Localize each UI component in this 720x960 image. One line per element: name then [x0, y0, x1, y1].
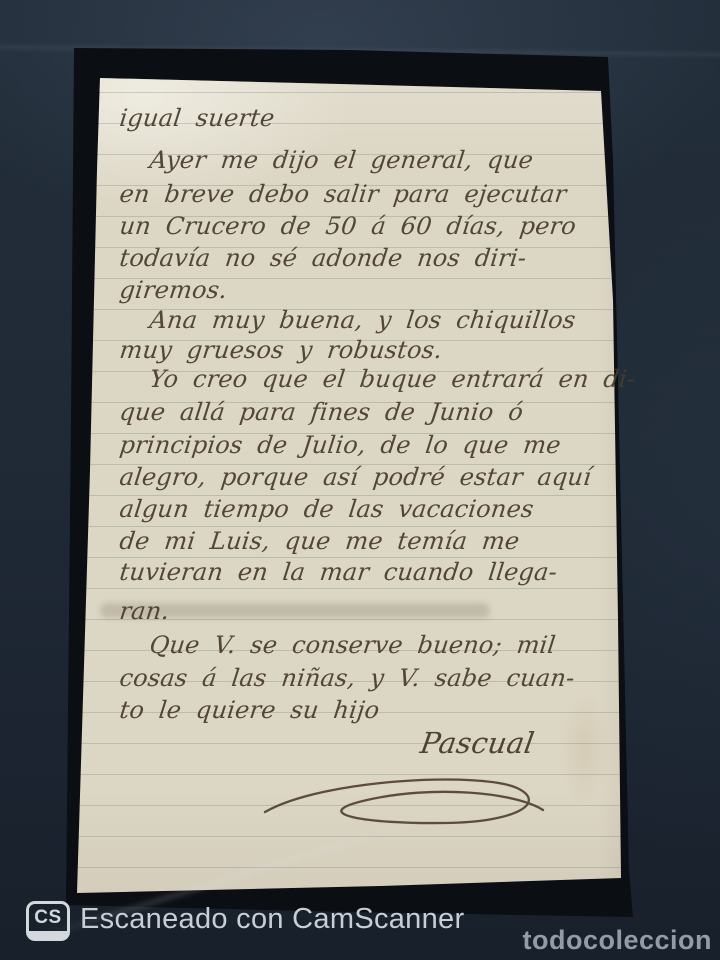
handwritten-line: de mi Luis, que me temía me	[118, 527, 521, 555]
todocoleccion-logo: todocoleccion	[522, 925, 712, 956]
handwritten-line: igual suerte	[118, 104, 276, 132]
handwritten-line: to le quiere su hijo	[118, 696, 381, 724]
camscanner-watermark: Escaneado con CamScanner	[80, 903, 464, 936]
signature-flourish	[255, 768, 555, 840]
handwritten-line: giremos.	[118, 276, 229, 304]
handwritten-line: un Crucero de 50 á 60 días, pero	[118, 212, 578, 240]
handwritten-line: principios de Julio, de lo que me	[118, 431, 562, 459]
camscanner-icon-letters: CS	[34, 907, 61, 929]
handwritten-line: en breve debo salir para ejecutar	[118, 180, 568, 208]
handwritten-line: cosas á las niñas, y V. sabe cuan-	[118, 664, 576, 692]
signature: Pascual	[418, 726, 537, 760]
paper-stain	[560, 690, 610, 810]
handwritten-line: Ana muy buena, y los chiquillos	[148, 306, 577, 334]
handwritten-line: Yo creo que el buque entrará en di-	[148, 365, 637, 393]
handwritten-line: Que V. se conserve bueno; mil	[148, 631, 557, 659]
handwritten-line: Ayer me dijo el general, que	[148, 146, 535, 174]
handwritten-line: algun tiempo de las vacaciones	[118, 495, 535, 523]
handwritten-line: que allá para fines de Junio ó	[118, 398, 525, 426]
camscanner-icon: CS	[26, 901, 70, 941]
handwritten-line: tuvieran en la mar cuando llega-	[118, 558, 559, 586]
handwritten-line: todavía no sé adonde nos diri-	[118, 244, 528, 272]
photo-background: igual suerte Ayer me dijo el general, qu…	[0, 0, 720, 960]
handwritten-line: muy gruesos y robustos.	[118, 336, 444, 364]
handwritten-line: alegro, porque así podré estar aquí	[118, 463, 593, 491]
handwritten-line: ran.	[118, 597, 171, 625]
